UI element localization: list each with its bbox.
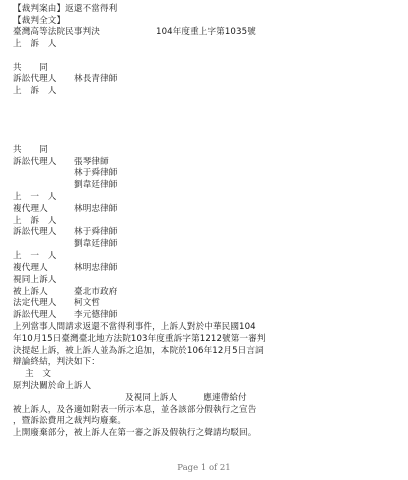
page-indicator: Page 1 of 21 [0,463,408,473]
main-text-line: 被上訴人，及各適如附表一所示本息，並各該部分假執行之宣告 [13,405,256,416]
document-page: 【裁判案由】返還不當得利 【裁判全文】 臺灣高等法院民事判決104年度重上字第1… [0,0,408,480]
party-role: 複代理人 [13,204,48,214]
case-reason-value: 返還不當得利 [65,4,117,14]
main-text-line: 原判決關於命上訴人 [13,381,91,392]
party-row: 上 訴 人 [13,39,56,50]
party-row: 複代理人林明忠律師 [13,263,48,274]
party-row: 上 一 人 [13,251,56,262]
case-reason-line: 【裁判案由】返還不當得利 [13,4,117,15]
body-line: 上列當事人間請求返還不當得利事件，上訴人對於中華民國104 [13,322,256,333]
party-name: 柯文哲 [74,298,100,309]
fulltext-label: 【裁判全文】 [13,16,65,27]
case-reason-label: 【裁判案由】 [13,4,65,14]
party-name: 劉韋廷律師 [74,180,117,191]
party-role: 上 訴 人 [13,86,56,96]
party-name: 林明忠律師 [74,204,117,215]
body-line: 決提起上訴，被上訴人並為訴之追加，本院於106年12月5日言詞 [13,346,264,357]
party-name: 林于舜律師 [74,168,117,179]
party-role: 視同上訴人 [13,275,56,285]
party-row: 法定代理人柯文哲 [13,298,56,309]
party-name: 林明忠律師 [74,263,117,274]
party-role: 共 同 [13,145,48,155]
party-name: 張琴律師 [74,157,109,168]
party-name: 劉韋廷律師 [74,239,117,250]
party-row: 訴訟代理人張琴律師 [13,157,56,168]
party-row: 訴訟代理人林于舜律師 [13,227,56,238]
party-role: 訴訟代理人 [13,227,56,237]
court-name: 臺灣高等法院民事判決 [13,27,100,37]
party-name: 林于舜律師 [74,227,117,238]
main-text-line: 及視同上訴人 應連帶給付 [125,393,247,404]
party-name: 李元德律師 [74,310,117,321]
party-role: 法定代理人 [13,298,56,308]
party-role: 複代理人 [13,263,48,273]
party-row: 共 同 [13,145,48,156]
main-text-line: 上開廢棄部分，被上訴人在第一審之訴及假執行之聲請均駁回。 [13,428,256,439]
party-role: 被上訴人 [13,287,48,297]
party-role: 訴訟代理人 [13,157,56,167]
party-role: 訴訟代理人 [13,74,56,84]
party-row: 上 訴 人 [13,86,56,97]
party-role: 上 一 人 [13,251,56,261]
body-line: 年10月15日臺灣臺北地方法院103年度重訴字第1212號第一審判 [13,334,266,345]
party-row: 上 一 人 [13,192,56,203]
case-number: 104年度重上字第1035號 [156,27,256,38]
party-row: 訴訟代理人李元德律師 [13,310,56,321]
party-role: 上 訴 人 [13,216,56,226]
party-name: 林長青律師 [74,74,117,85]
party-row: 訴訟代理人林長青律師 [13,74,56,85]
court-line: 臺灣高等法院民事判決104年度重上字第1035號 [13,27,100,38]
body-line: 辯論終結，判決如下： [13,357,100,368]
main-text-line: ，暨訴訟費用之裁判均廢棄。 [13,416,126,427]
party-row: 被上訴人臺北市政府 [13,287,48,298]
party-row: 複代理人林明忠律師 [13,204,48,215]
party-role: 上 訴 人 [13,39,56,49]
party-role: 上 一 人 [13,192,56,202]
main-text-title: 主 文 [25,369,51,380]
party-name: 臺北市政府 [74,287,117,298]
party-row: 共 同 [13,63,48,74]
party-role: 共 同 [13,63,48,73]
party-role: 訴訟代理人 [13,310,56,320]
party-row: 視同上訴人 [13,275,56,286]
party-row: 上 訴 人 [13,216,56,227]
